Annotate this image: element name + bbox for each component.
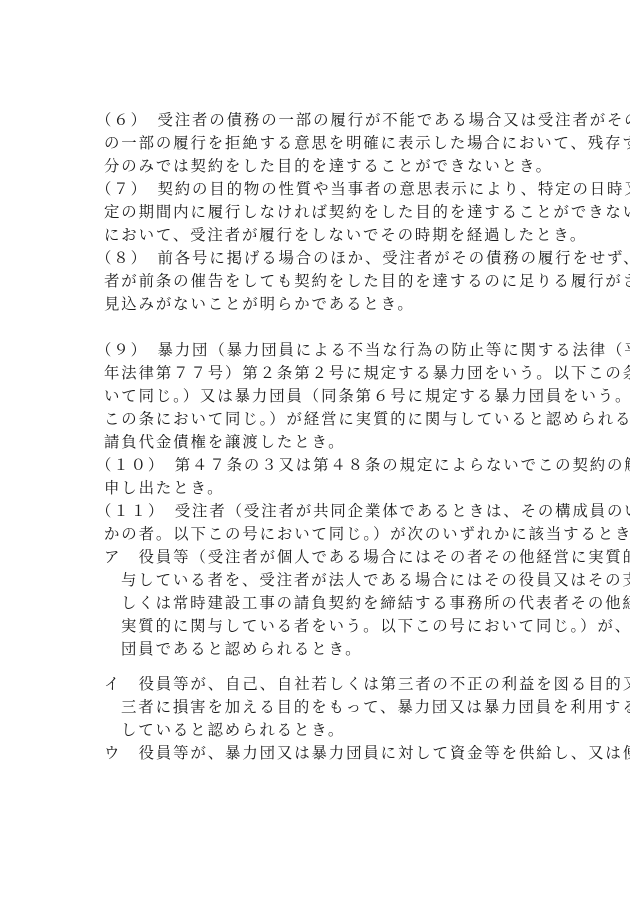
clause-9-line-4: この条において同じ。）が経営に実質的に関与していると認められる者に — [104, 409, 630, 429]
clause-9-line-1: （９） 暴力団（暴力団員による不当な行為の防止等に関する法律（平成３ — [96, 340, 630, 360]
clause-9-line-5: 請負代金債権を譲渡したとき。 — [104, 432, 345, 452]
clause-9-line-3: いて同じ。）又は暴力団員（同条第６号に規定する暴力団員をいう。以下 — [104, 386, 630, 406]
clause-8-line-3: 見込みがないことが明らかであるとき。 — [104, 294, 415, 314]
clause-7-line-2: 定の期間内に履行しなければ契約をした目的を達することができない場合 — [104, 202, 630, 222]
subclause-a-line-3: しくは常時建設工事の請負契約を締結する事務所の代表者その他経営に — [121, 593, 630, 613]
clause-7-line-1: （７） 契約の目的物の性質や当事者の意思表示により、特定の日時又は一 — [96, 179, 630, 199]
clause-10-line-1: （１０） 第４７条の３又は第４８条の規定によらないでこの契約の解除を — [96, 455, 630, 475]
clause-6-line-2: の一部の履行を拒絶する意思を明確に表示した場合において、残存する部 — [104, 133, 630, 153]
subclause-a-line-2: 与している者を、受注者が法人である場合にはその役員又はその支店若 — [121, 570, 630, 590]
clause-11-line-1: （１１） 受注者（受注者が共同企業体であるときは、その構成員のいずれ — [96, 501, 630, 521]
clause-10-line-2: 申し出たとき。 — [104, 478, 224, 498]
document-page: （６） 受注者の債務の一部の履行が不能である場合又は受注者がその債務 の一部の履… — [0, 0, 630, 903]
clause-6-line-3: 分のみでは契約をした目的を達することができないとき。 — [104, 156, 553, 176]
clause-9-line-2: 年法律第７７号）第２条第２号に規定する暴力団をいう。以下この条にお — [104, 363, 630, 383]
clause-7-line-3: において、受注者が履行をしないでその時期を経過したとき。 — [104, 225, 587, 245]
subclause-u-line-1: ウ 役員等が、暴力団又は暴力団員に対して資金等を供給し、又は便宜を — [104, 743, 630, 763]
subclause-a-line-1: ア 役員等（受注者が個人である場合にはその者その他経営に実質的に関 — [104, 547, 630, 567]
clause-6-line-1: （６） 受注者の債務の一部の履行が不能である場合又は受注者がその債務 — [96, 110, 630, 130]
subclause-i-line-1: イ 役員等が、自己、自社若しくは第三者の不正の利益を図る目的又は第 — [104, 674, 630, 694]
clause-8-line-2: 者が前条の催告をしても契約をした目的を達するのに足りる履行がされる — [104, 271, 630, 291]
subclause-a-line-5: 団員であると認められるとき。 — [121, 639, 362, 659]
subclause-a-line-4: 実質的に関与している者をいう。以下この号において同じ。）が、暴力 — [121, 616, 630, 636]
subclause-i-line-3: していると認められるとき。 — [121, 720, 345, 740]
subclause-i-line-2: 三者に損害を加える目的をもって、暴力団又は暴力団員を利用するなど — [121, 697, 630, 717]
clause-8-line-1: （８） 前各号に掲げる場合のほか、受注者がその債務の履行をせず、発注 — [96, 248, 630, 268]
clause-11-line-2: かの者。以下この号において同じ。）が次のいずれかに該当するとき。 — [104, 524, 630, 544]
